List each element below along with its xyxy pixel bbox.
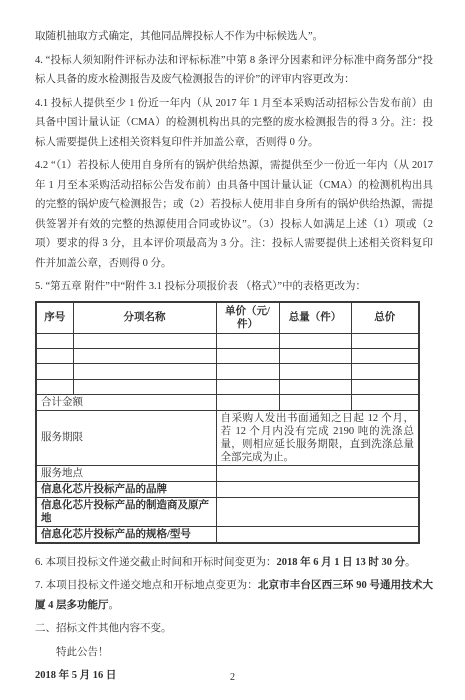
service-period-label: 服务期限 <box>36 410 216 465</box>
chip-spec-label: 信息化芯片投标产品的规格/型号 <box>36 526 216 543</box>
chip-manufacturer-label: 信息化芯片投标产品的制造商及原产地 <box>36 497 216 526</box>
item-7-prefix: 7. 本项目投标文件递交地点和开标地点变更为： <box>35 580 258 591</box>
table-row <box>36 379 419 394</box>
document-page: 取随机抽取方式确定，其他同品牌投标人不作为中标候选人”。 4. “投标人须知附件… <box>0 0 465 700</box>
table-row-chip-spec: 信息化芯片投标产品的规格/型号 <box>36 526 419 543</box>
paragraph-continuation: 取随机抽取方式确定，其他同品牌投标人不作为中标候选人”。 <box>35 27 433 47</box>
table-row-chip-brand: 信息化芯片投标产品的品牌 <box>36 481 419 497</box>
paragraph-item-4-2: 4.2 “（1）若投标人使用自身所有的锅炉供给热源，需提供至少一份近一年内（从 … <box>35 156 433 273</box>
paragraph-item-4: 4. “投标人须知附件评标办法和评标标准”中第 8 条评分因素和评分标准中商务部… <box>35 51 433 90</box>
table-header-row: 序号 分项名称 单价（元/件） 总量（件） 总价 <box>36 302 419 334</box>
service-period-text: 自采购人发出书面通知之日起 12 个月，若 12 个月内没有完成 2190 吨的… <box>216 410 419 465</box>
item-6-deadline: 2018 年 6 月 1 日 13 时 30 分 <box>277 557 406 568</box>
paragraph-item-7: 7. 本项目投标文件递交地点和开标地点变更为：北京市丰台区西三环 90 号通用技… <box>35 576 433 615</box>
item-7-suffix: 。 <box>109 600 120 611</box>
paragraph-item-4-1: 4.1 投标人提供至少 1 份近一年内（从 2017 年 1 月至本采购活动招标… <box>35 94 433 153</box>
table-row-chip-manufacturer: 信息化芯片投标产品的制造商及原产地 <box>36 497 419 526</box>
paragraph-item-5: 5. “第五章 附件”中“附件 3.1 投标分项报价表 （格式）”中的表格更改为… <box>35 277 433 297</box>
table-row-service-period: 服务期限 自采购人发出书面通知之日起 12 个月，若 12 个月内没有完成 21… <box>36 410 419 465</box>
header-unit-price: 单价（元/件） <box>216 302 279 334</box>
header-total-quantity: 总量（件） <box>279 302 351 334</box>
bid-price-table: 序号 分项名称 单价（元/件） 总量（件） 总价 合计金额 服务期限 自采购人发… <box>35 301 420 544</box>
header-serial-number: 序号 <box>36 302 73 334</box>
table-row <box>36 363 419 379</box>
paragraph-section-2: 二、招标文件其他内容不变。 <box>35 619 433 639</box>
chip-brand-label: 信息化芯片投标产品的品牌 <box>36 481 216 497</box>
table-row <box>36 333 419 348</box>
table-row-service-location: 服务地点 <box>36 465 419 481</box>
paragraph-item-6: 6. 本项目投标文件递交截止时间和开标时间变更为：2018 年 6 月 1 日 … <box>35 553 433 573</box>
total-amount-label: 合计金额 <box>36 394 216 410</box>
service-location-label: 服务地点 <box>36 465 216 481</box>
header-item-name: 分项名称 <box>73 302 216 334</box>
table-row-total: 合计金额 <box>36 394 419 410</box>
closing-announcement: 特此公告！ <box>35 643 433 663</box>
item-6-prefix: 6. 本项目投标文件递交截止时间和开标时间变更为： <box>35 557 277 568</box>
header-total-price: 总价 <box>351 302 419 334</box>
page-number: 2 <box>0 672 465 683</box>
item-6-suffix: 。 <box>405 557 416 568</box>
table-row <box>36 348 419 363</box>
